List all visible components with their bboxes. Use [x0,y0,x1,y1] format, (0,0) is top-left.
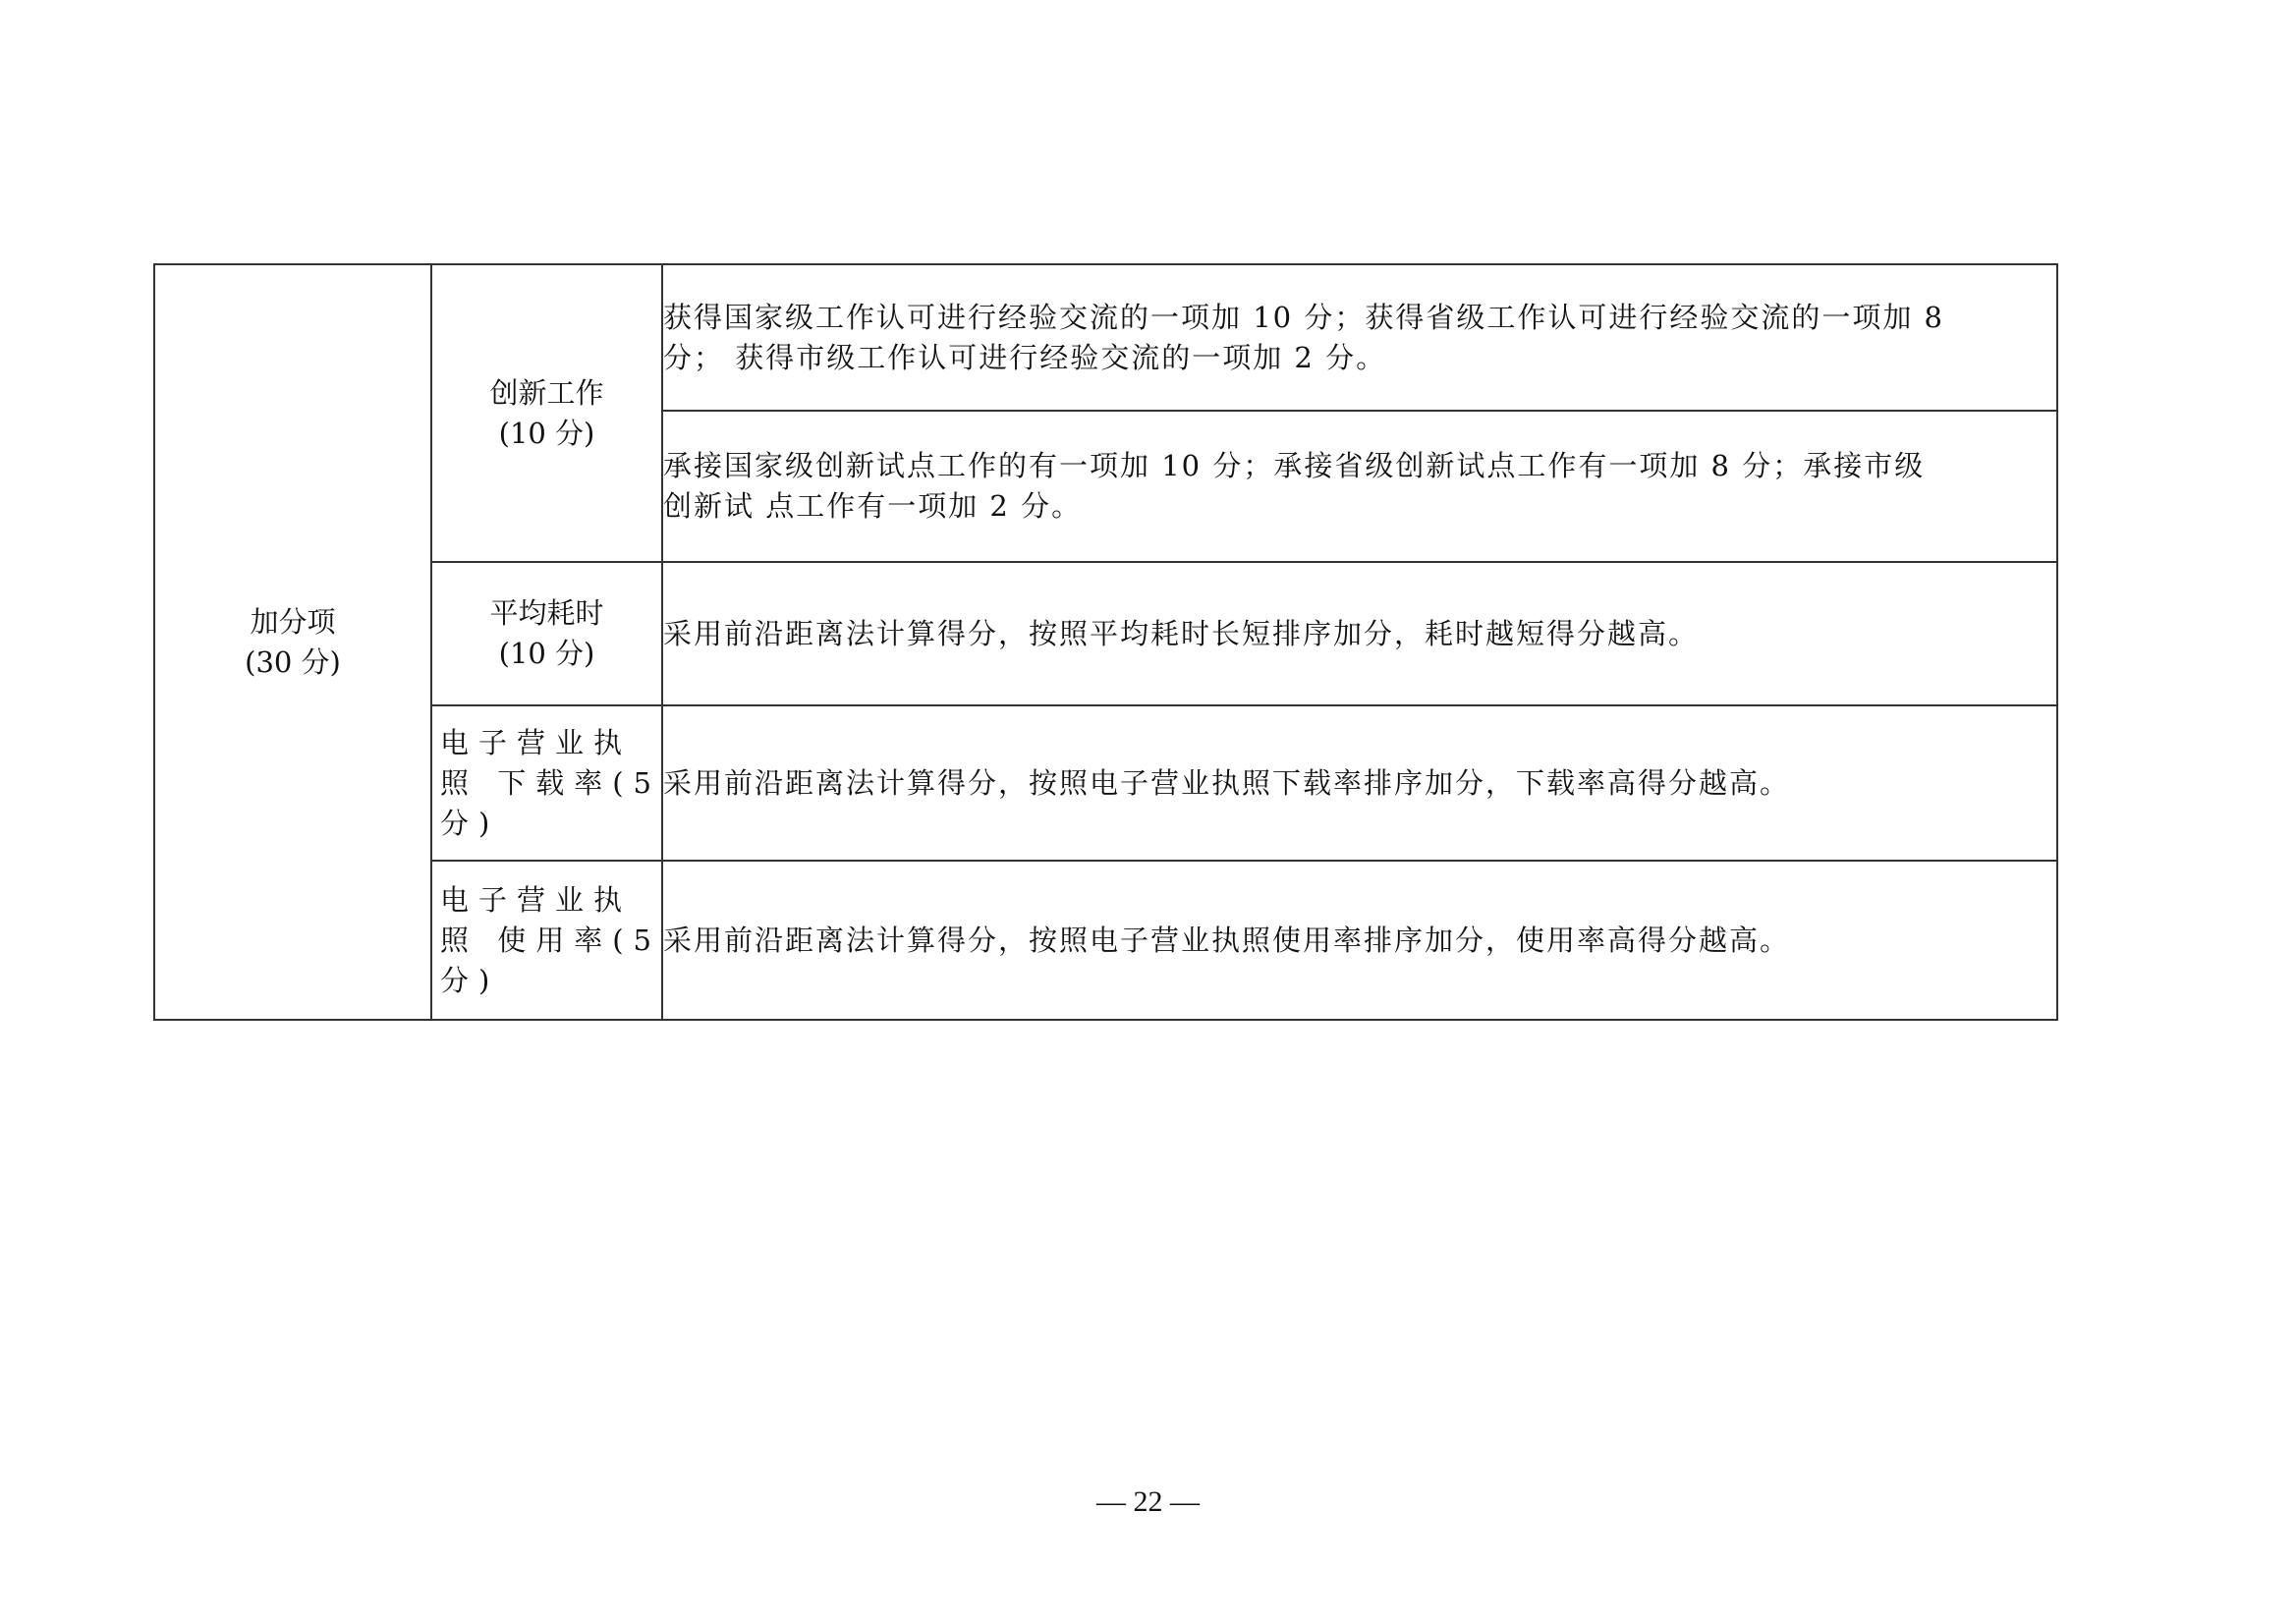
page-number: — 22 — [0,1485,2296,1519]
criteria-cell: 采用前沿距离法计算得分，按照电子营业执照使用率排序加分，使用率高得分越高。 [662,861,2057,1020]
category-points: (30 分) [155,643,430,683]
criteria-cell: 获得国家级工作认可进行经验交流的一项加 10 分；获得省级工作认可进行经验交流的… [662,264,2057,411]
item-name: 照 下载率(5 [440,763,661,804]
item-points: (10 分) [432,634,661,674]
item-cell-usage-rate: 电子营业执 照 使用率(5 分) [431,861,662,1020]
bonus-scoring-table: 加分项 (30 分) 创新工作 (10 分) 获得国家级工作认可进行经验交流的一… [153,263,2058,1021]
item-name: 电子营业执 [440,723,661,763]
item-name: 电子营业执 [440,880,661,921]
table-row: 加分项 (30 分) 创新工作 (10 分) 获得国家级工作认可进行经验交流的一… [154,264,2057,411]
criteria-cell: 承接国家级创新试点工作的有一项加 10 分；承接省级创新试点工作有一项加 8 分… [662,411,2057,562]
item-points: (10 分) [432,414,661,454]
table-row: 电子营业执 照 使用率(5 分) 采用前沿距离法计算得分，按照电子营业执照使用率… [154,861,2057,1020]
table-row: 平均耗时 (10 分) 采用前沿距离法计算得分，按照平均耗时长短排序加分，耗时越… [154,562,2057,705]
item-cell-average-time: 平均耗时 (10 分) [431,562,662,705]
category-cell: 加分项 (30 分) [154,264,431,1020]
criteria-cell: 采用前沿距离法计算得分，按照电子营业执照下载率排序加分，下载率高得分越高。 [662,705,2057,861]
item-name: 照 使用率(5 [440,921,661,961]
item-points: 分) [440,804,661,844]
item-name: 创新工作 [432,373,661,414]
criteria-text: 采用前沿距离法计算得分，按照平均耗时长短排序加分，耗时越短得分越高。 [663,614,2056,654]
criteria-text: 获得国家级工作认可进行经验交流的一项加 10 分；获得省级工作认可进行经验交流的… [663,298,2056,338]
table-row: 电子营业执 照 下载率(5 分) 采用前沿距离法计算得分，按照电子营业执照下载率… [154,705,2057,861]
item-cell-download-rate: 电子营业执 照 下载率(5 分) [431,705,662,861]
item-cell-innovation: 创新工作 (10 分) [431,264,662,562]
criteria-text: 采用前沿距离法计算得分，按照电子营业执照使用率排序加分，使用率高得分越高。 [663,921,2056,961]
item-points: 分) [440,961,661,1001]
criteria-text: 创新试 点工作有一项加 2 分。 [663,486,2056,527]
criteria-text: 采用前沿距离法计算得分，按照电子营业执照下载率排序加分，下载率高得分越高。 [663,763,2056,804]
document-page: 加分项 (30 分) 创新工作 (10 分) 获得国家级工作认可进行经验交流的一… [0,0,2296,1624]
criteria-text: 分； 获得市级工作认可进行经验交流的一项加 2 分。 [663,338,2056,378]
criteria-cell: 采用前沿距离法计算得分，按照平均耗时长短排序加分，耗时越短得分越高。 [662,562,2057,705]
item-name: 平均耗时 [432,593,661,634]
category-name: 加分项 [155,602,430,643]
criteria-text: 承接国家级创新试点工作的有一项加 10 分；承接省级创新试点工作有一项加 8 分… [663,446,2056,486]
